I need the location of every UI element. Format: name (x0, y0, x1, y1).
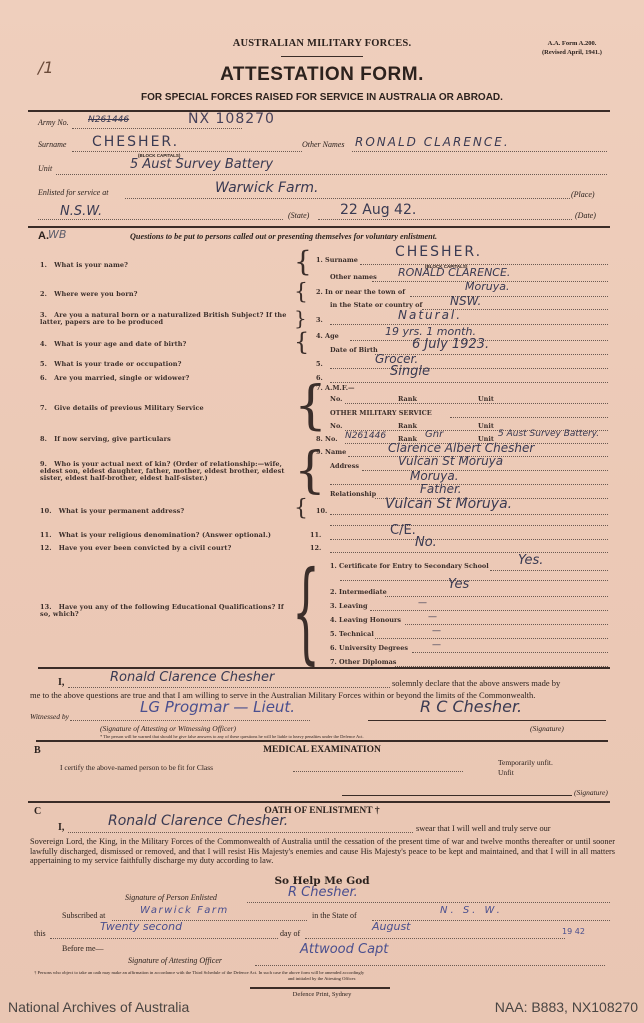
day-of-label: day of (280, 929, 300, 938)
answer-8-no: N261446 (345, 431, 386, 441)
answer-6: Single (390, 364, 430, 379)
answer-7-other-unit-label: Unit (478, 422, 494, 430)
declarant-signature: R C Chesher. (420, 697, 522, 716)
answer-7-no-label: No. (330, 395, 342, 403)
enlisted-line (125, 198, 570, 199)
edu-2-label: 2. Intermediate (330, 588, 387, 596)
answer-11-line (330, 539, 608, 540)
enlisted-signature-line (247, 902, 610, 903)
state-value: N.S.W. (60, 204, 102, 219)
medical-class-line (293, 771, 463, 772)
question-13: 13. Have you any of the following Educat… (40, 604, 295, 618)
unit-value: 5 Aust Survey Battery (130, 157, 273, 172)
army-no-value: NX 108270 (188, 111, 275, 127)
witness-line (70, 720, 310, 721)
edu-3-line (370, 610, 608, 611)
witnessed-by-label: Witnessed by (30, 712, 69, 721)
question-10: 10. What is your permanent address? (40, 507, 184, 515)
answer-11: C/E. (390, 523, 416, 538)
answer-4-age-label: 4. Age (316, 332, 339, 340)
date-label: (Date) (575, 211, 596, 220)
edu-5-value: — (432, 626, 441, 636)
page-subtitle: FOR SPECIAL FORCES RAISED FOR SERVICE IN… (0, 92, 644, 103)
attesting-officer-signature: Attwood Capt (300, 942, 388, 957)
answer-2-town: Moruya. (465, 280, 509, 293)
brace-13: { (292, 556, 320, 666)
answer-9-name-label: 9. Name (316, 448, 346, 456)
answer-9-address2-line (330, 484, 608, 485)
edu-6-value: — (432, 640, 441, 650)
state-label: (State) (288, 211, 309, 220)
attestation-form-page: /1 AUSTRALIAN MILITARY FORCES. A.A. Form… (0, 0, 644, 1023)
oath-name-line (68, 832, 413, 833)
answer-1-other: RONALD CLARENCE. (398, 266, 510, 279)
edu-7-label: 7. Other Diplomas (330, 658, 396, 666)
header-divider (28, 110, 610, 112)
header-underline (281, 56, 363, 57)
section-a-heading: Questions to be put to persons called ou… (130, 232, 437, 241)
place-label: (Place) (571, 190, 595, 199)
this-label: this (34, 929, 46, 938)
witness-caption: (Signature of Attesting or Witnessing Of… (100, 724, 236, 733)
answer-9-relationship-label: Relationship (330, 490, 376, 498)
brace-10: { (294, 498, 308, 520)
edu-1-value: Yes. (518, 553, 543, 568)
witness-signature: LG Progmar — Lieut. (140, 698, 295, 716)
answer-10: Vulcan St Moruya. (385, 496, 512, 512)
medical-signature-caption: (Signature) (574, 788, 608, 797)
answer-3: Natural. (398, 308, 462, 322)
month-line (305, 938, 565, 939)
form-number: A.A. Form A.200. (527, 40, 617, 47)
answer-9-address-label: Address (330, 462, 359, 470)
archive-name: National Archives of Australia (8, 999, 189, 1015)
answer-7-other-no-label: No. (330, 422, 342, 430)
printer-rule (250, 987, 390, 989)
subscribed-at-value: Warwick Farm (140, 905, 229, 916)
month-value: August (372, 920, 411, 933)
brace-1: { (294, 248, 312, 276)
question-3: 3. Are you a natural born or a naturaliz… (40, 312, 295, 326)
answer-8-rank: Gnr (425, 429, 443, 440)
enlisted-value: Warwick Farm. (215, 180, 318, 196)
answer-7-other-service: OTHER MILITARY SERVICE (330, 409, 432, 417)
question-11: 11. What is your religious denomination?… (40, 531, 271, 539)
question-2: 2. Where were you born? (40, 290, 138, 298)
surname-label: Surname (38, 140, 66, 149)
edu-2-value: Yes (448, 577, 469, 592)
oath-swear-text: swear that I will well and truly serve o… (416, 824, 551, 833)
state-line (38, 219, 283, 220)
answer-8-no-label: 8. No. (316, 435, 337, 443)
other-names-line (352, 151, 607, 152)
brace-2: { (294, 282, 308, 304)
answer-1-surname-line (360, 264, 608, 265)
oath-prefix: I, (58, 822, 64, 833)
other-names-value: RONALD CLARENCE. (355, 135, 510, 149)
answer-1-surname-label: 1. Surname (316, 256, 358, 264)
page-title: ATTESTATION FORM. (0, 64, 644, 86)
before-me-label: Before me— (62, 944, 104, 953)
edu-4-label: 4. Leaving Honours (330, 616, 401, 624)
question-1: 1. What is your name? (40, 261, 128, 269)
unfit-label: Unfit (498, 768, 514, 777)
edu-4-value: — (428, 612, 437, 622)
declaration-divider (36, 740, 608, 742)
form-revised: (Revised April, 1941.) (522, 49, 622, 56)
answer-6-line (330, 382, 608, 383)
answer-12-number: 12. (310, 544, 321, 552)
answer-1-other-label: Other names (330, 273, 377, 281)
oath-body: Sovereign Lord, the King, in the Militar… (30, 837, 615, 866)
answer-2-state: NSW. (450, 294, 481, 308)
declaration-prefix: I, (58, 677, 64, 688)
year-value: 19 42 (562, 927, 585, 936)
unit-line (56, 174, 607, 175)
printer-credit: Defence Print, Sydney (0, 991, 644, 998)
medical-signature-line (342, 795, 572, 796)
answer-4-dob-label: Date of Birth (330, 346, 378, 354)
answer-7-unit-label: Unit (478, 395, 494, 403)
signature-caption: (Signature) (530, 724, 564, 733)
declaration-text-1: solemnly declare that the above answers … (392, 678, 560, 688)
temporarily-unfit-label: Temporarily unfit. (498, 758, 553, 767)
surname-line (72, 151, 302, 152)
answer-4-dob: 6 July 1923. (412, 337, 489, 352)
edu-5-label: 5. Technical (330, 630, 374, 638)
question-8: 8. If now serving, give particulars (40, 435, 171, 443)
attesting-officer-line (255, 965, 605, 966)
edu-1-label: 1. Certificate for Entry to Secondary Sc… (330, 562, 489, 570)
question-9: 9. Who is your actual next of kin? (Orde… (40, 461, 295, 482)
unit-label: Unit (38, 164, 52, 173)
answer-12-line (330, 552, 608, 553)
answer-9-relationship: Father. (420, 482, 462, 496)
question-7: 7. Give details of previous Military Ser… (40, 404, 204, 412)
answer-9-name: Clarence Albert Chesher (388, 441, 534, 455)
edu-6-line (412, 652, 608, 653)
question-5: 5. What is your trade or occupation? (40, 360, 182, 368)
subscribed-at-label: Subscribed at (62, 911, 105, 920)
state-of-label: in the State of (312, 911, 357, 920)
edu-5-line (375, 638, 608, 639)
date-line (318, 219, 572, 220)
answer-7-amf-line (345, 403, 608, 404)
false-answer-warning: * The person will be warned that should … (100, 734, 364, 739)
affirmation-footnote: † Persons who object to take an oath may… (34, 970, 619, 975)
state-of-value: N. S. W. (440, 905, 503, 916)
answer-7-other-line (450, 417, 608, 418)
top-fields-divider (28, 226, 610, 228)
declaration-text-2: me to the above questions are true and t… (30, 690, 615, 700)
edu-1-line (490, 570, 608, 571)
answer-11-number: 11. (310, 531, 321, 539)
answer-9-address2: Moruya. (410, 469, 459, 483)
brace-4: { (294, 330, 309, 354)
enlisted-label: Enlisted for service at (38, 188, 108, 197)
answer-9-address-line (362, 470, 608, 471)
edu-3-value: — (418, 598, 427, 608)
answer-3-number: 3. (316, 316, 323, 324)
answer-10-number: 10. (316, 507, 327, 515)
answer-7-rank-label: Rank (398, 395, 417, 403)
answer-2-town-label: 2. In or near the town of (316, 288, 405, 296)
enlisted-signature-label: Signature of Person Enlisted (125, 893, 217, 902)
brace-3: } (294, 308, 307, 328)
edu-4-line (405, 624, 608, 625)
declaration-name: Ronald Clarence Chesher (110, 670, 274, 685)
answer-1-surname: CHESHER. (395, 244, 482, 260)
answer-7-other-rank-label: Rank (398, 422, 417, 430)
edu-3-label: 3. Leaving (330, 602, 367, 610)
army-no-struck: N261446 (88, 115, 129, 125)
section-b-heading: MEDICAL EXAMINATION (0, 745, 644, 755)
section-a-divider (38, 667, 610, 669)
edu-2-line (385, 596, 608, 597)
answer-7-amf: 7. A.M.F.— (316, 384, 355, 392)
oath-name: Ronald Clarence Chesher. (108, 813, 288, 829)
edu-1-line-2 (340, 580, 608, 581)
answer-2-town-line (410, 296, 608, 297)
army-no-line (72, 128, 242, 129)
answer-10-line (330, 514, 608, 515)
surname-value: CHESHER. (92, 134, 179, 150)
edu-6-label: 6. University Degrees (330, 644, 408, 652)
attesting-officer-label: Signature of Attesting Officer (128, 956, 222, 965)
army-no-label: Army No. (38, 118, 69, 127)
answer-6-number: 6. (316, 374, 323, 382)
initials-mark: WB (48, 228, 66, 241)
section-c-heading: OATH OF ENLISTMENT † (0, 806, 644, 816)
medical-certify-text: I certify the above-named person to be f… (60, 763, 213, 772)
question-12: 12. Have you ever been convicted by a ci… (40, 544, 231, 552)
enlisted-signature: R Chesher. (288, 885, 358, 900)
signature-line (368, 720, 606, 721)
affirmation-footnote-2: and initialed by the Attesting Officer. (0, 976, 644, 981)
date-value: 22 Aug 42. (340, 202, 416, 218)
day-line (50, 938, 278, 939)
section-b-divider (28, 801, 610, 803)
answer-10-line-2 (330, 525, 608, 526)
answer-5-number: 5. (316, 360, 323, 368)
answer-9-address1: Vulcan St Moruya (398, 454, 503, 468)
answer-8-unit: 5 Aust Survey Battery. (498, 429, 599, 439)
archive-reference: NAA: B883, NX108270 (495, 999, 638, 1015)
declaration-name-line (68, 687, 390, 688)
day-value: Twenty second (100, 920, 182, 933)
question-6: 6. Are you married, single or widower? (40, 374, 189, 382)
question-4: 4. What is your age and date of birth? (40, 340, 186, 348)
answer-5-line (330, 368, 608, 369)
answer-12: No. (415, 535, 437, 550)
other-names-label: Other Names (302, 140, 344, 149)
